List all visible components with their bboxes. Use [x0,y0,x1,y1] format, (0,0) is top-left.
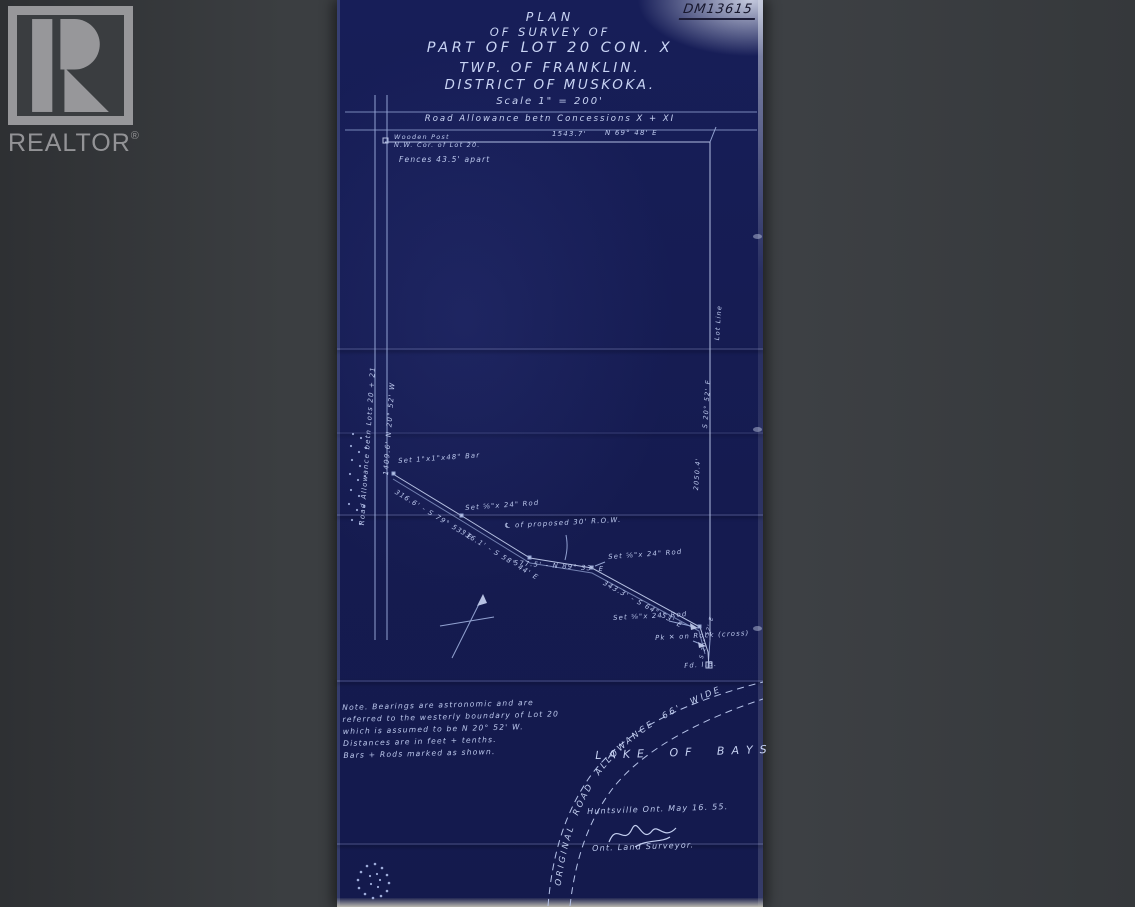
realtor-r-icon [8,6,133,125]
marsh-symbol-bottom [357,863,391,900]
title-scale: Scale 1" = 200' [337,96,763,107]
shore-road-dashed-line [570,699,763,906]
survey-note: Note. Bearings are astronomic and are re… [342,696,560,762]
north-boundary-distance: 1543.7' [552,131,587,139]
fences-label: Fences 43.5' apart [399,156,490,164]
listing-photo: { "colors":{"blueprint":"#161d56","ink":… [0,0,1135,907]
realtor-wordmark: REALTOR® [8,129,136,158]
north-boundary-bearing: N 69° 48' E [605,130,658,138]
title-of-survey-of: OF SURVEY OF [337,26,763,39]
plan-number: DM13615 [679,2,757,20]
survey-plan-sheet: ORIGINAL ROAD ALLOWANCE 66' WIDE PLAN OF… [337,0,763,907]
wooden-post-corner-label: N.W. Cor. of Lot 20. [394,142,481,149]
road-allowance-concessions-label: Road Allowance betn Concessions X + XI [337,115,763,124]
realtor-r-glyph [17,15,124,116]
registered-mark: ® [131,130,140,142]
realtor-logo: REALTOR® [8,6,136,158]
title-part-of-lot: PART OF LOT 20 CON. X [337,41,763,57]
title-district: DISTRICT OF MUSKOKA. [337,78,763,93]
title-township: TWP. OF FRANKLIN. [337,61,763,76]
